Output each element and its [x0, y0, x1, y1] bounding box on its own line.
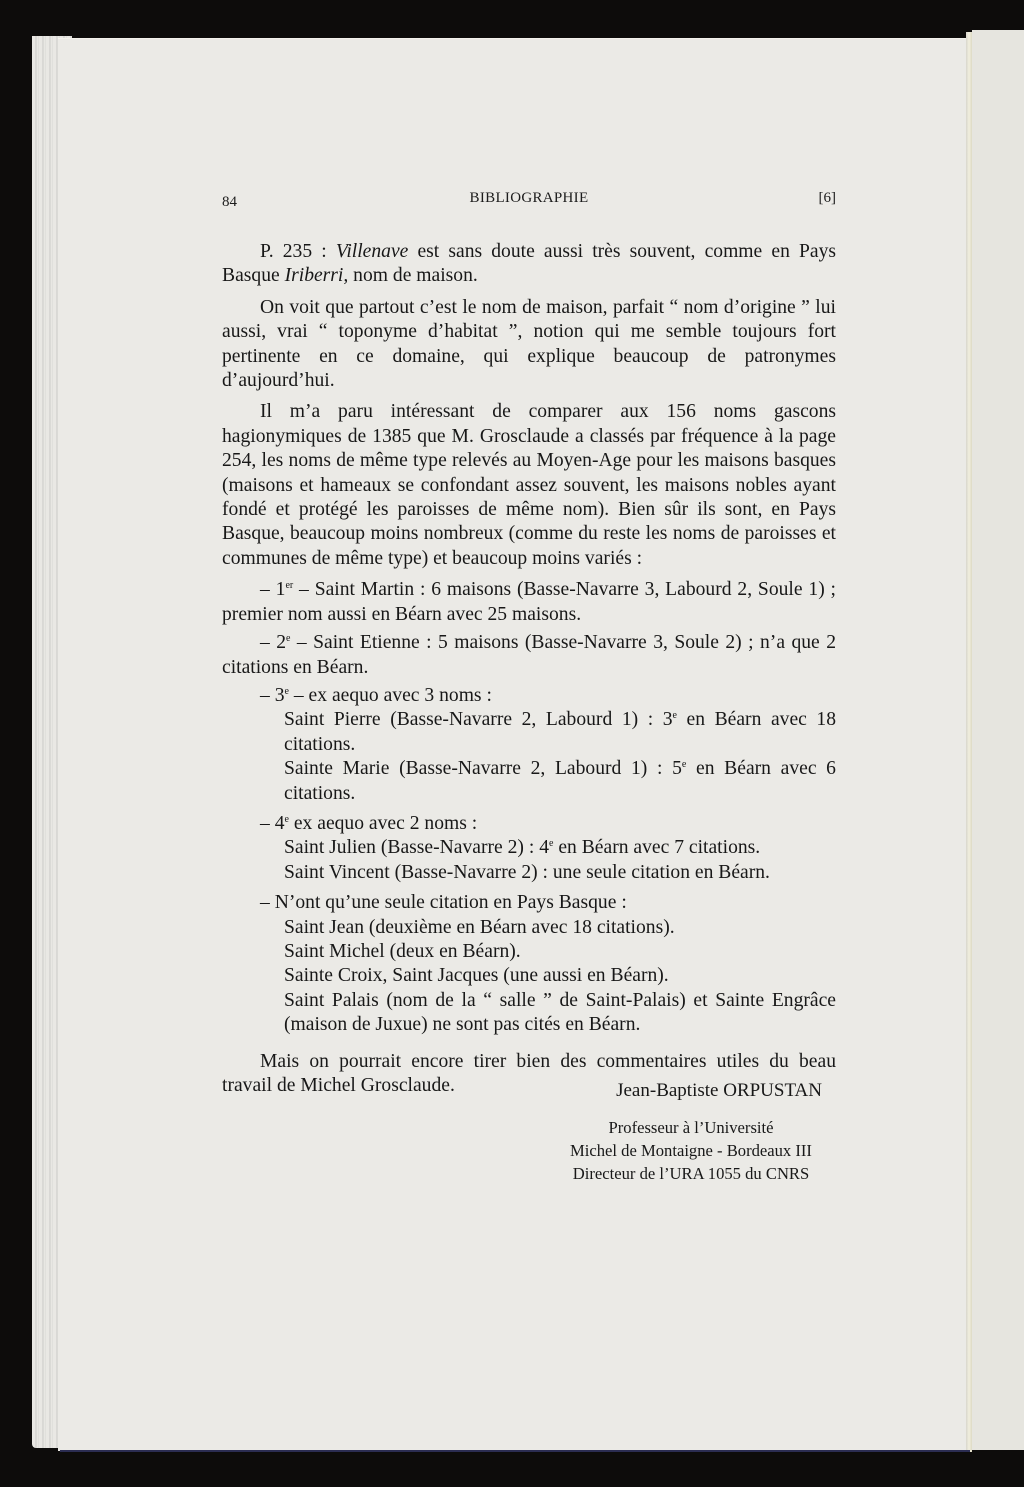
rank-1-item: – 1er – Saint Martin : 6 maisons (Basse-… — [222, 578, 836, 627]
single-citation-block: – N’ont qu’une seule citation en Pays Ba… — [222, 891, 836, 1037]
text-span: – Saint Etienne : 5 maisons (Basse-Navar… — [222, 632, 836, 677]
text-span: – Saint Martin : 6 maisons (Basse-Navarr… — [222, 579, 836, 624]
rank-4-entry: Saint Vincent (Basse-Navarre 2) : une se… — [222, 861, 836, 885]
section-title: BIBLIOGRAPHIE — [222, 190, 836, 207]
single-citation-entry: Saint Michel (deux en Béarn). — [222, 940, 836, 964]
text-span: – 2 — [260, 632, 286, 653]
text-span: Saint Vincent (Basse-Navarre 2) : une se… — [284, 862, 770, 883]
paragraph-3: Il m’a paru intéressant de comparer aux … — [222, 400, 836, 571]
text-span: Saint Pierre (Basse-Navarre 2, Labourd 1… — [284, 709, 673, 730]
rank-4-block: – 4e ex aequo avec 2 noms : Saint Julien… — [222, 812, 836, 885]
facing-page-edge — [972, 30, 1024, 1450]
text-span: en Béarn avec 7 citations. — [553, 837, 760, 858]
text-span: – 3 — [260, 685, 285, 706]
rank-3-heading: – 3e – ex aequo avec 3 noms : — [222, 684, 836, 708]
section-reference: [6] — [819, 190, 837, 207]
signature-block: Jean-Baptiste ORPUSTAN Professeur à l’Un… — [222, 1080, 836, 1185]
running-head: 84 BIBLIOGRAPHIE [6] — [222, 190, 836, 214]
rank-3-block: – 3e – ex aequo avec 3 noms : Saint Pier… — [222, 684, 836, 806]
rank-2-item: – 2e – Saint Etienne : 5 maisons (Basse-… — [222, 631, 836, 680]
text-span: – 1 — [260, 579, 285, 600]
affiliation-line: Professeur à l’Université — [546, 1116, 836, 1139]
paragraph-1: P. 235 : Villenave est sans doute aussi … — [222, 240, 836, 289]
text-span: – 4 — [260, 813, 285, 834]
italic-term: Iriberri, — [285, 265, 349, 286]
rank-3-entry: Saint Pierre (Basse-Navarre 2, Labourd 1… — [222, 708, 836, 757]
body-text: P. 235 : Villenave est sans doute aussi … — [222, 240, 836, 1105]
author-name: Jean-Baptiste ORPUSTAN — [222, 1080, 836, 1102]
paragraph-2: On voit que partout c’est le nom de mais… — [222, 296, 836, 394]
rank-4-heading: – 4e ex aequo avec 2 noms : — [222, 812, 836, 836]
italic-term: Villenave — [336, 241, 409, 262]
rank-4-entry: Saint Julien (Basse-Navarre 2) : 4e en B… — [222, 836, 836, 860]
text-span: P. 235 : — [260, 241, 336, 262]
text-span: nom de maison. — [348, 265, 478, 286]
author-affiliation: Professeur à l’Université Michel de Mont… — [546, 1116, 836, 1185]
single-citation-entry: Saint Palais (nom de la “ salle ” de Sai… — [222, 989, 836, 1038]
rank-3-entry: Sainte Marie (Basse-Navarre 2, Labourd 1… — [222, 757, 836, 806]
affiliation-line: Michel de Montaigne - Bordeaux III — [546, 1139, 836, 1162]
text-span: – ex aequo avec 3 noms : — [289, 685, 492, 706]
single-citation-heading: – N’ont qu’une seule citation en Pays Ba… — [222, 891, 836, 915]
text-span: Sainte Marie (Basse-Navarre 2, Labourd 1… — [284, 758, 682, 779]
single-citation-entry: Sainte Croix, Saint Jacques (une aussi e… — [222, 964, 836, 988]
text-span: ex aequo avec 2 noms : — [289, 813, 477, 834]
page-bottom-edge — [60, 1450, 970, 1452]
text-span: Saint Julien (Basse-Navarre 2) : 4 — [284, 837, 549, 858]
single-citation-entry: Saint Jean (deuxième en Béarn avec 18 ci… — [222, 916, 836, 940]
affiliation-line: Directeur de l’URA 1055 du CNRS — [546, 1162, 836, 1185]
